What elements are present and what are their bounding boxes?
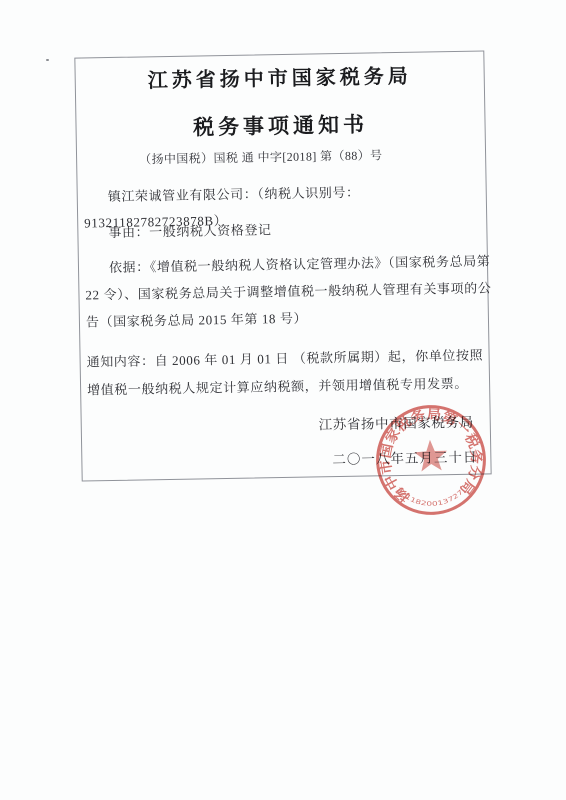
notice-line-2: 增值税一般纳税人规定计算应纳税额，并领用增值税专用发票。 (87, 370, 481, 405)
notice-content-paragraph: 通知内容：自 2006 年 01 月 01 日 （税款所属期）起，你单位按照 增… (86, 342, 481, 405)
legal-basis-paragraph: 依据：《增值税一般纳税人资格认定管理办法》（国家税务总局第 22 令）、国家税务… (85, 248, 480, 336)
official-red-seal: 扬中市国家税务局第一税务分局 3211820013727 (368, 397, 494, 523)
scanned-notice-page: 江苏省扬中市国家税务局 税务事项通知书 （扬中国税）国税 通 中字[2018] … (0, 0, 566, 800)
seal-star-icon (413, 439, 448, 472)
subject-line: 事由：一般纳税人资格登记 (84, 214, 478, 247)
document-title: 税务事项通知书 (76, 106, 484, 143)
document-number: （扬中国税）国税 通 中字[2018] 第（88）号 (139, 146, 383, 167)
basis-line-3: 告（国家税务总局 2015 年第 18 号） (86, 302, 480, 336)
issuing-agency-title: 江苏省扬中市国家税务局 (75, 58, 483, 94)
scan-speck (46, 59, 49, 61)
